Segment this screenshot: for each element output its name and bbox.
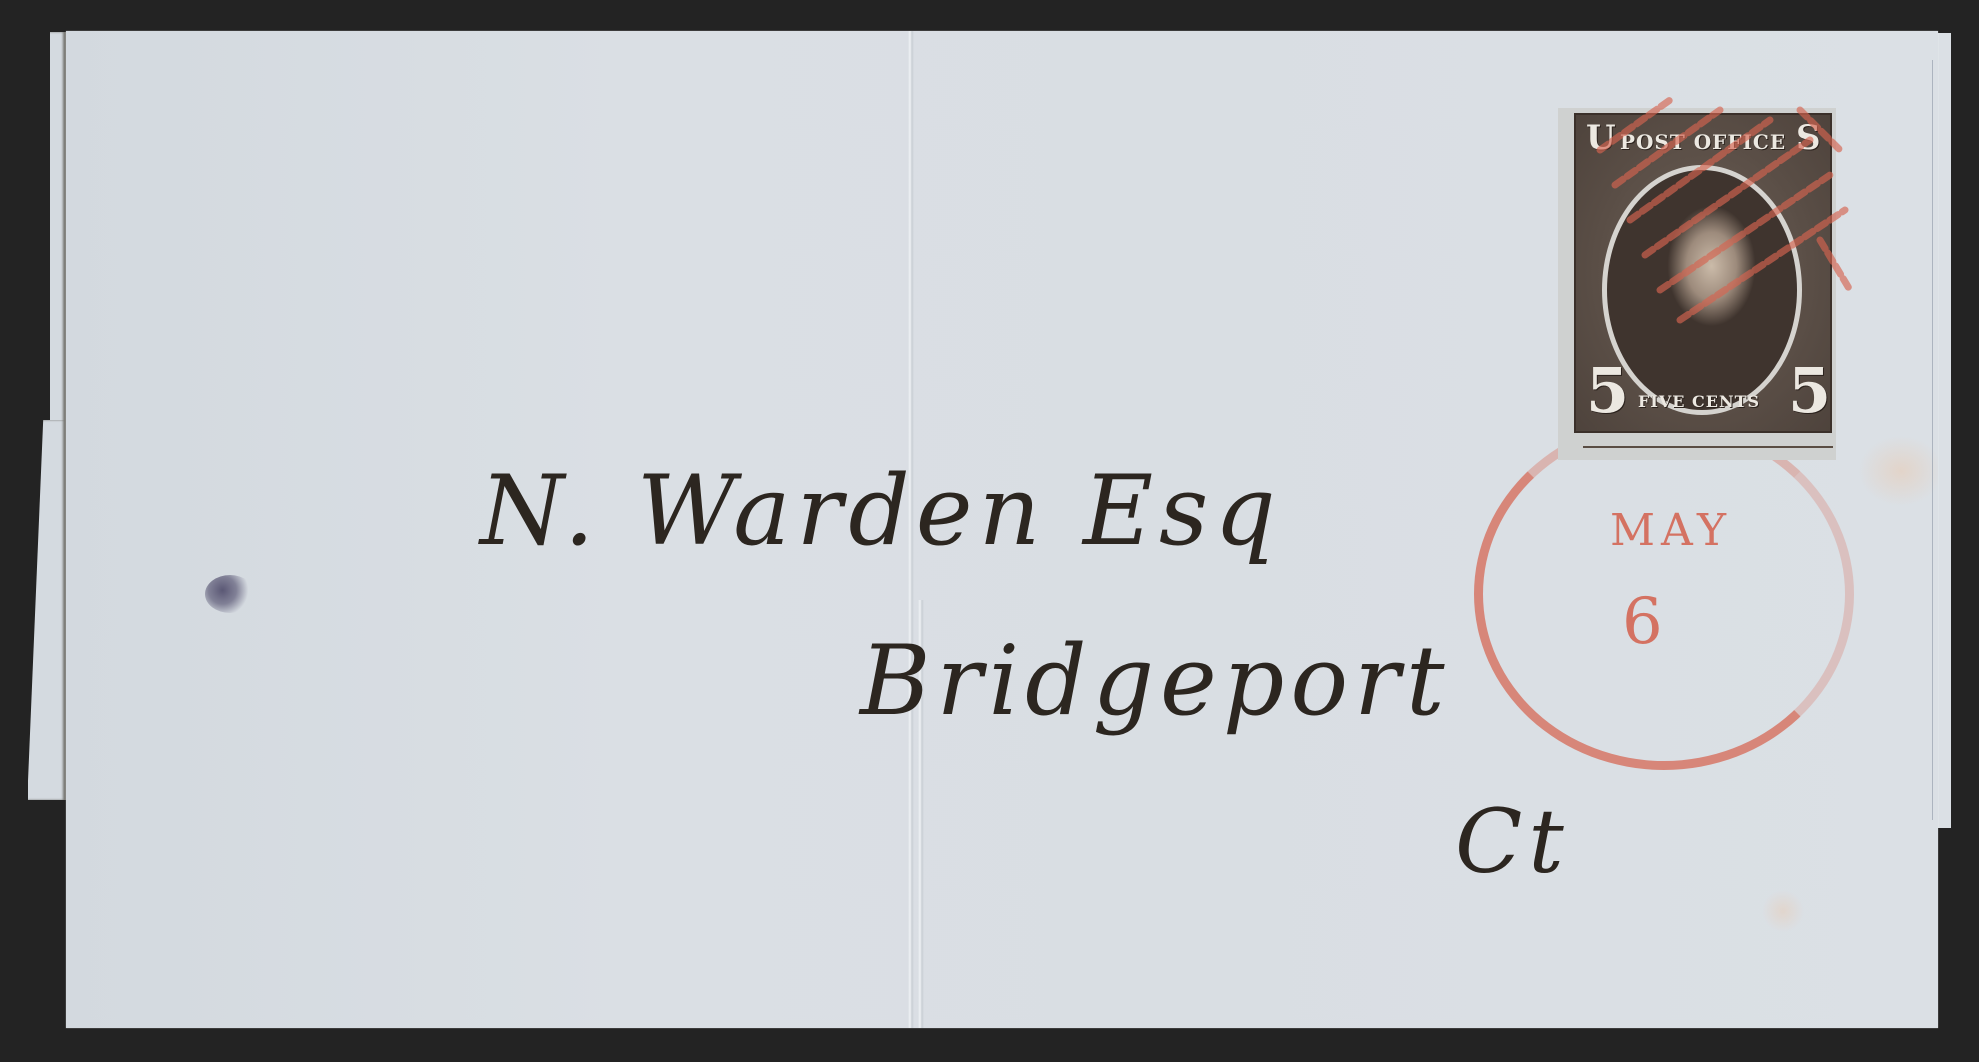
postmark-month: MAY [1610, 505, 1732, 556]
back-flap-upper [50, 32, 66, 432]
franklin-portrait [1602, 165, 1802, 415]
postmark-day: 6 [1622, 585, 1663, 659]
address-line-2: Bridgeport [860, 625, 1451, 737]
stamp-value-right: 5 [1788, 360, 1832, 422]
stamp-value-left: 5 [1586, 360, 1630, 422]
ink-blot [205, 575, 255, 613]
stamp-country-left: U [1586, 118, 1617, 158]
address-line-3: Ct [1455, 790, 1570, 893]
stamp-adjacent-frameline [1583, 446, 1833, 448]
stamp-country-right: S [1796, 118, 1822, 158]
stamp-bottom-inscription: FIVE CENTS [1638, 392, 1760, 411]
stamp-top-inscription: POST OFFICE [1620, 130, 1786, 154]
sheet-edge-line [1932, 60, 1933, 820]
circular-datestamp [1474, 418, 1854, 770]
address-line-1: N. Warden Esq [480, 455, 1282, 567]
back-flap-lower [28, 420, 66, 800]
